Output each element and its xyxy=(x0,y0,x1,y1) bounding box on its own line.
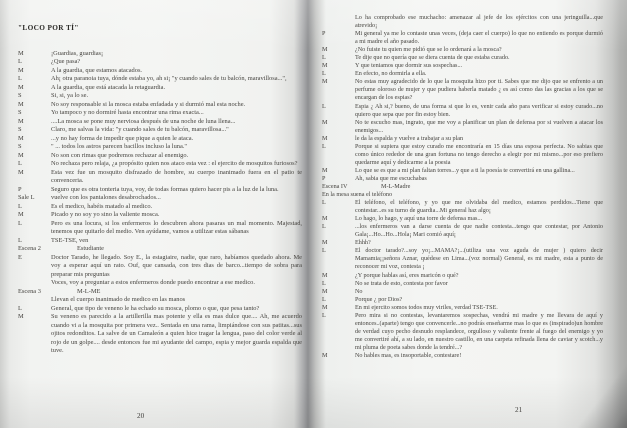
line-text: General, que tipo de veneno le ha echado… xyxy=(51,305,302,314)
dialogue-line: SSi, si, ya lo se. xyxy=(18,92,302,101)
dialogue-line: L¿Que pasa? xyxy=(18,58,302,67)
line-text: Yo tampoco y no dormiré hasta encontrar … xyxy=(51,109,302,118)
dialogue-line: MNo te escucho mas, ingrato, que me voy … xyxy=(322,119,603,135)
line-text: Llevan el cuerpo inanimado de medico en … xyxy=(51,296,302,305)
speaker-label: L xyxy=(18,237,51,246)
line-text: Pero mira si no contestas, levantaremos … xyxy=(355,312,603,352)
dialogue-line: MLo hago, lo hago, y aquí una torre de d… xyxy=(322,215,603,223)
line-text: vuelve con los pantalones desabrochados.… xyxy=(51,194,302,203)
line-text: En la mesa suena el teléfono xyxy=(322,191,603,199)
speaker-label: Sale L xyxy=(18,194,51,203)
dialogue-line: MPicado y no soy yo sino la valiente mos… xyxy=(18,211,302,220)
line-text: Lo que se es que a mi plan faltan torres… xyxy=(355,167,603,175)
line-text: En efecto, no dormirla a ella. xyxy=(355,70,603,78)
speaker-label: M xyxy=(322,46,355,54)
speaker-label: S xyxy=(18,92,51,101)
dialogue-line: LTSE-TSE, ven xyxy=(18,237,302,246)
scene-heading: Escena IVM-L-Madre xyxy=(322,183,603,191)
speaker-label: M xyxy=(18,50,51,59)
dialogue-line: MA la guardia, que estamos atacados. xyxy=(18,67,302,76)
speaker-label: M xyxy=(322,135,355,143)
dialogue-line: MSu veneno es parecido a la artillerilla… xyxy=(18,313,302,356)
speaker-label: M xyxy=(18,135,51,144)
line-text: Doctor Tarado, he llegado. Soy E., la es… xyxy=(51,254,302,280)
line-text: M-L-Madre xyxy=(355,183,603,191)
speaker-label: E xyxy=(18,254,51,263)
speaker-label: L xyxy=(322,199,355,207)
line-text: En mi ejercito somos todos muy viriles, … xyxy=(355,304,603,312)
line-text: Y que teniamos que dormir sus sospechas.… xyxy=(355,62,603,70)
book-spread: "LOCO POR TÍ" M¡Guardias, guardias¡L¿Que… xyxy=(0,0,627,428)
dialogue-line: M....La mosca se pone muy nerviosa despu… xyxy=(18,118,302,127)
speaker-label: L xyxy=(18,160,51,169)
dialogue-line: LGeneral, que tipo de veneno le ha echad… xyxy=(18,305,302,314)
line-text: A la guardia, que estamos atacados. xyxy=(51,67,302,76)
speaker-label: M xyxy=(322,288,355,296)
speaker-label: M xyxy=(322,78,355,86)
page-right: Lo ha comprobado ese muchacho: amenazar … xyxy=(322,14,603,360)
dialogue-line: L...los enfermeros van a darse cuenta de… xyxy=(322,223,603,239)
line-text: Mi general ya me lo contaste unas veces,… xyxy=(355,30,603,46)
line-text: Es el medico, habéis matado al medico. xyxy=(51,203,302,212)
speaker-label: Escena 2 xyxy=(18,245,51,254)
dialogue-line: MEsta vez fue un mosquito disfrazado de … xyxy=(18,169,302,186)
dialogue-line: Sale Lvuelve con los pantalones desabroc… xyxy=(18,194,302,203)
stage-direction: Lo ha comprobado ese muchacho: amenazar … xyxy=(322,14,603,30)
speaker-label: M xyxy=(18,169,51,178)
dialogue-line: MNo soy responsable si la mosca estaba e… xyxy=(18,101,302,110)
page-left: "LOCO POR TÍ" M¡Guardias, guardias¡L¿Que… xyxy=(18,24,302,356)
line-text: A la guardia, que está atacada la retagu… xyxy=(51,84,302,93)
speaker-label: M xyxy=(322,304,355,312)
speaker-label: M xyxy=(322,119,355,127)
line-text: No soy responsable si la mosca estaba en… xyxy=(51,101,302,110)
dialogue-line: MLo que se es que a mi plan faltan torre… xyxy=(322,167,603,175)
dialogue-line: LEspia ¿ Ah si,? bueno, de una forma si … xyxy=(322,103,603,119)
speaker-label: L xyxy=(322,143,355,151)
speaker-label: M xyxy=(18,152,51,161)
speaker-label: M xyxy=(322,167,355,175)
speaker-label: M xyxy=(18,101,51,110)
play-title: "LOCO POR TÍ" xyxy=(18,24,302,33)
dialogue-line: MNo estas muy agradecido de lo que la mo… xyxy=(322,78,603,102)
dialogue-line: MA la guardia, que está atacada la retag… xyxy=(18,84,302,93)
dialogue-line: LPorque ¿ por Dios? xyxy=(322,296,603,304)
dialogue-line: M...y no hay forma de impedir que pique … xyxy=(18,135,302,144)
speaker-label: M xyxy=(322,272,355,280)
left-page-lines: M¡Guardias, guardias¡L¿Que pasa?MA la gu… xyxy=(18,50,302,356)
speaker-label: L xyxy=(322,103,355,111)
dialogue-line: LPero mira si no contestas, levantaremos… xyxy=(322,312,603,352)
line-text: ....La mosca se pone muy nerviosa despué… xyxy=(51,118,302,127)
dialogue-line: M¿Y porque hablas así, eres maricón o qu… xyxy=(322,272,603,280)
stage-direction: Llevan el cuerpo inanimado de medico en … xyxy=(18,296,302,305)
line-text: Lo hago, lo hago, y aquí una torre de de… xyxy=(355,215,603,223)
scene-heading: Escena 2Estudiante xyxy=(18,245,302,254)
line-text: ¿Y porque hablas así, eres maricón o qué… xyxy=(355,272,603,280)
dialogue-line: PAh, sabia que me escuchabas xyxy=(322,175,603,183)
dialogue-line: Mle da la espalda y vuelve a trabajar a … xyxy=(322,135,603,143)
line-text: El teléfono, el teléfono, y yo que me ol… xyxy=(355,199,603,215)
line-text: Su veneno es parecido a la artillerilla … xyxy=(51,313,302,356)
speaker-label: S xyxy=(18,109,51,118)
dialogue-line: EDoctor Tarado, he llegado. Soy E., la e… xyxy=(18,254,302,280)
line-text: ¿No fuiste tu quien me pidió que se lo o… xyxy=(355,46,603,54)
line-text: Picado y no soy yo sino la valiente mosc… xyxy=(51,211,302,220)
right-page-lines: Lo ha comprobado ese muchacho: amenazar … xyxy=(322,14,603,360)
line-text: Seguro que es otra tonteria tuya, voy, d… xyxy=(51,186,302,195)
line-text: ...los enfermeros van a darse cuenta de … xyxy=(355,223,603,239)
page-corner-shadow xyxy=(571,356,627,428)
dialogue-line: LEl teléfono, el teléfono, y yo que me o… xyxy=(322,199,603,215)
dialogue-line: LAh¡ otra paranoia tuya, dónde estaba yo… xyxy=(18,75,302,84)
speaker-label: L xyxy=(18,203,51,212)
speaker-label: M xyxy=(322,62,355,70)
speaker-label: Escena IV xyxy=(322,183,355,191)
speaker-label: M xyxy=(18,118,51,127)
line-text: Ehhh? xyxy=(355,239,603,247)
dialogue-line: M¡Guardias, guardias¡ xyxy=(18,50,302,59)
dialogue-line: MEhhh? xyxy=(322,239,603,247)
speaker-label: L xyxy=(322,54,355,62)
speaker-label: L xyxy=(18,305,51,314)
line-text: M-L-ME xyxy=(51,288,302,297)
speaker-label: M xyxy=(18,313,51,322)
line-text: TSE-TSE, ven xyxy=(51,237,302,246)
speaker-label: S xyxy=(18,126,51,135)
stage-direction: En la mesa suena el teléfono xyxy=(322,191,603,199)
line-text: Ah¡ otra paranoia tuya, dónde estaba yo,… xyxy=(51,75,302,84)
line-text: ¿Que pasa? xyxy=(51,58,302,67)
dialogue-line: MEn mi ejercito somos todos muy viriles,… xyxy=(322,304,603,312)
dialogue-line: LEs el medico, habéis matado al medico. xyxy=(18,203,302,212)
line-text: Espia ¿ Ah si,? bueno, de una forma si q… xyxy=(355,103,603,119)
line-text: No estas muy agradecido de lo que la mos… xyxy=(355,78,603,102)
dialogue-line: PSeguro que es otra tonteria tuya, voy, … xyxy=(18,186,302,195)
speaker-label: L xyxy=(322,247,355,255)
line-text: Te dije que no quería que se diera cuent… xyxy=(355,54,603,62)
speaker-label: L xyxy=(18,58,51,67)
dialogue-line: LPorque si supiera que estoy curado me e… xyxy=(322,143,603,167)
speaker-label: L xyxy=(322,70,355,78)
page-number-right: 21 xyxy=(515,406,522,414)
line-text: No xyxy=(355,288,603,296)
dialogue-line: MNo hables mas, es insoportable, contest… xyxy=(322,352,603,360)
dialogue-line: M¿No fuiste tu quien me pidió que se lo … xyxy=(322,46,603,54)
line-text: No rechaza pero relaja, ¿a propósito qui… xyxy=(51,160,302,169)
line-text: ¡Guardias, guardias¡ xyxy=(51,50,302,59)
speaker-label: L xyxy=(322,312,355,320)
speaker-label: P xyxy=(322,30,355,38)
speaker-label: L xyxy=(322,280,355,288)
speaker-label: M xyxy=(18,84,51,93)
page-number-left: 20 xyxy=(137,412,144,420)
dialogue-line: LTe dije que no quería que se diera cuen… xyxy=(322,54,603,62)
line-text: No hables mas, es insoportable, contesta… xyxy=(355,352,603,360)
dialogue-line: LEn efecto, no dormirla a ella. xyxy=(322,70,603,78)
dialogue-line: LNo se trata de esto, contesta por favor xyxy=(322,280,603,288)
speaker-label: L xyxy=(18,220,51,229)
line-text: Esta vez fue un mosquito disfrazado de h… xyxy=(51,169,302,186)
speaker-label: M xyxy=(322,239,355,247)
dialogue-line: MNo son con rimas que podremos rechazar … xyxy=(18,152,302,161)
speaker-label: L xyxy=(18,75,51,84)
speaker-label: P xyxy=(322,175,355,183)
dialogue-line: LPero es una locura, si los enfermeros l… xyxy=(18,220,302,237)
dialogue-line: MNo xyxy=(322,288,603,296)
line-text: El doctor tarado?...soy yo¡...MAMA?¡...(… xyxy=(355,247,603,271)
line-text: Voces, voy a preguntar a estos enfermero… xyxy=(51,279,302,288)
line-text: Si, si, ya lo se. xyxy=(51,92,302,101)
speaker-label: M xyxy=(18,211,51,220)
line-text: No te escucho mas, ingrato, que me voy a… xyxy=(355,119,603,135)
speaker-label: M xyxy=(322,352,355,360)
speaker-label: Escena 3 xyxy=(18,288,51,297)
dialogue-line: SYo tampoco y no dormiré hasta encontrar… xyxy=(18,109,302,118)
line-text: Lo ha comprobado ese muchacho: amenazar … xyxy=(355,14,603,30)
dialogue-line: S" ... todos los astros parecen bacillos… xyxy=(18,143,302,152)
dialogue-line: MY que teniamos que dormir sus sospechas… xyxy=(322,62,603,70)
dialogue-line: LNo rechaza pero relaja, ¿a propósito qu… xyxy=(18,160,302,169)
line-text: Porque ¿ por Dios? xyxy=(355,296,603,304)
line-text: ...y no hay forma de impedir que pique a… xyxy=(51,135,302,144)
stage-direction: Voces, voy a preguntar a estos enfermero… xyxy=(18,279,302,288)
line-text: " ... todos los astros parecen bacillos … xyxy=(51,143,302,152)
speaker-label: M xyxy=(322,215,355,223)
line-text: Estudiante xyxy=(51,245,302,254)
dialogue-line: LEl doctor tarado?...soy yo¡...MAMA?¡...… xyxy=(322,247,603,271)
speaker-label: P xyxy=(18,186,51,195)
line-text: Ah, sabia que me escuchabas xyxy=(355,175,603,183)
line-text: le da la espalda y vuelve a trabajar a s… xyxy=(355,135,603,143)
dialogue-line: SClaro, me salvas la vida: "y cuando sal… xyxy=(18,126,302,135)
line-text: No se trata de esto, contesta por favor xyxy=(355,280,603,288)
speaker-label: M xyxy=(18,67,51,76)
speaker-label: L xyxy=(322,296,355,304)
speaker-label: S xyxy=(18,143,51,152)
line-text: Claro, me salvas la vida: "y cuando sale… xyxy=(51,126,302,135)
line-text: No son con rimas que podremos rechazar a… xyxy=(51,152,302,161)
dialogue-line: PMi general ya me lo contaste unas veces… xyxy=(322,30,603,46)
line-text: Porque si supiera que estoy curado me en… xyxy=(355,143,603,167)
line-text: Pero es una locura, si los enfermeros lo… xyxy=(51,220,302,237)
speaker-label: L xyxy=(322,223,355,231)
scene-heading: Escena 3M-L-ME xyxy=(18,288,302,297)
